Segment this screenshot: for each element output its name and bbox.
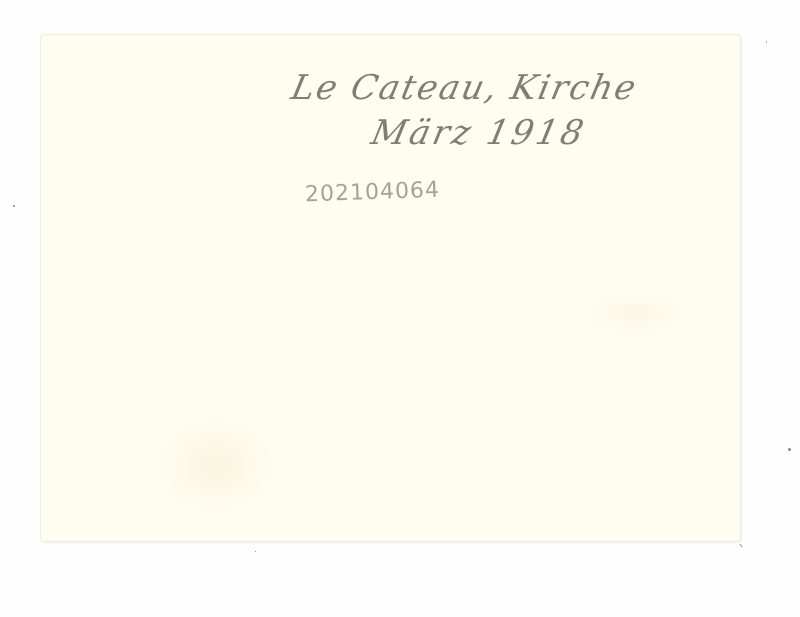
dust-speck [255, 551, 256, 552]
dust-speck [13, 205, 15, 207]
inscription-location: Le Cateau, Kirche [288, 68, 641, 108]
dust-speck [766, 41, 767, 43]
archive-number: 202104064 [305, 178, 441, 208]
photo-card-back [41, 35, 740, 541]
inscription-date: März 1918 [368, 113, 590, 153]
dust-speck [788, 448, 791, 451]
